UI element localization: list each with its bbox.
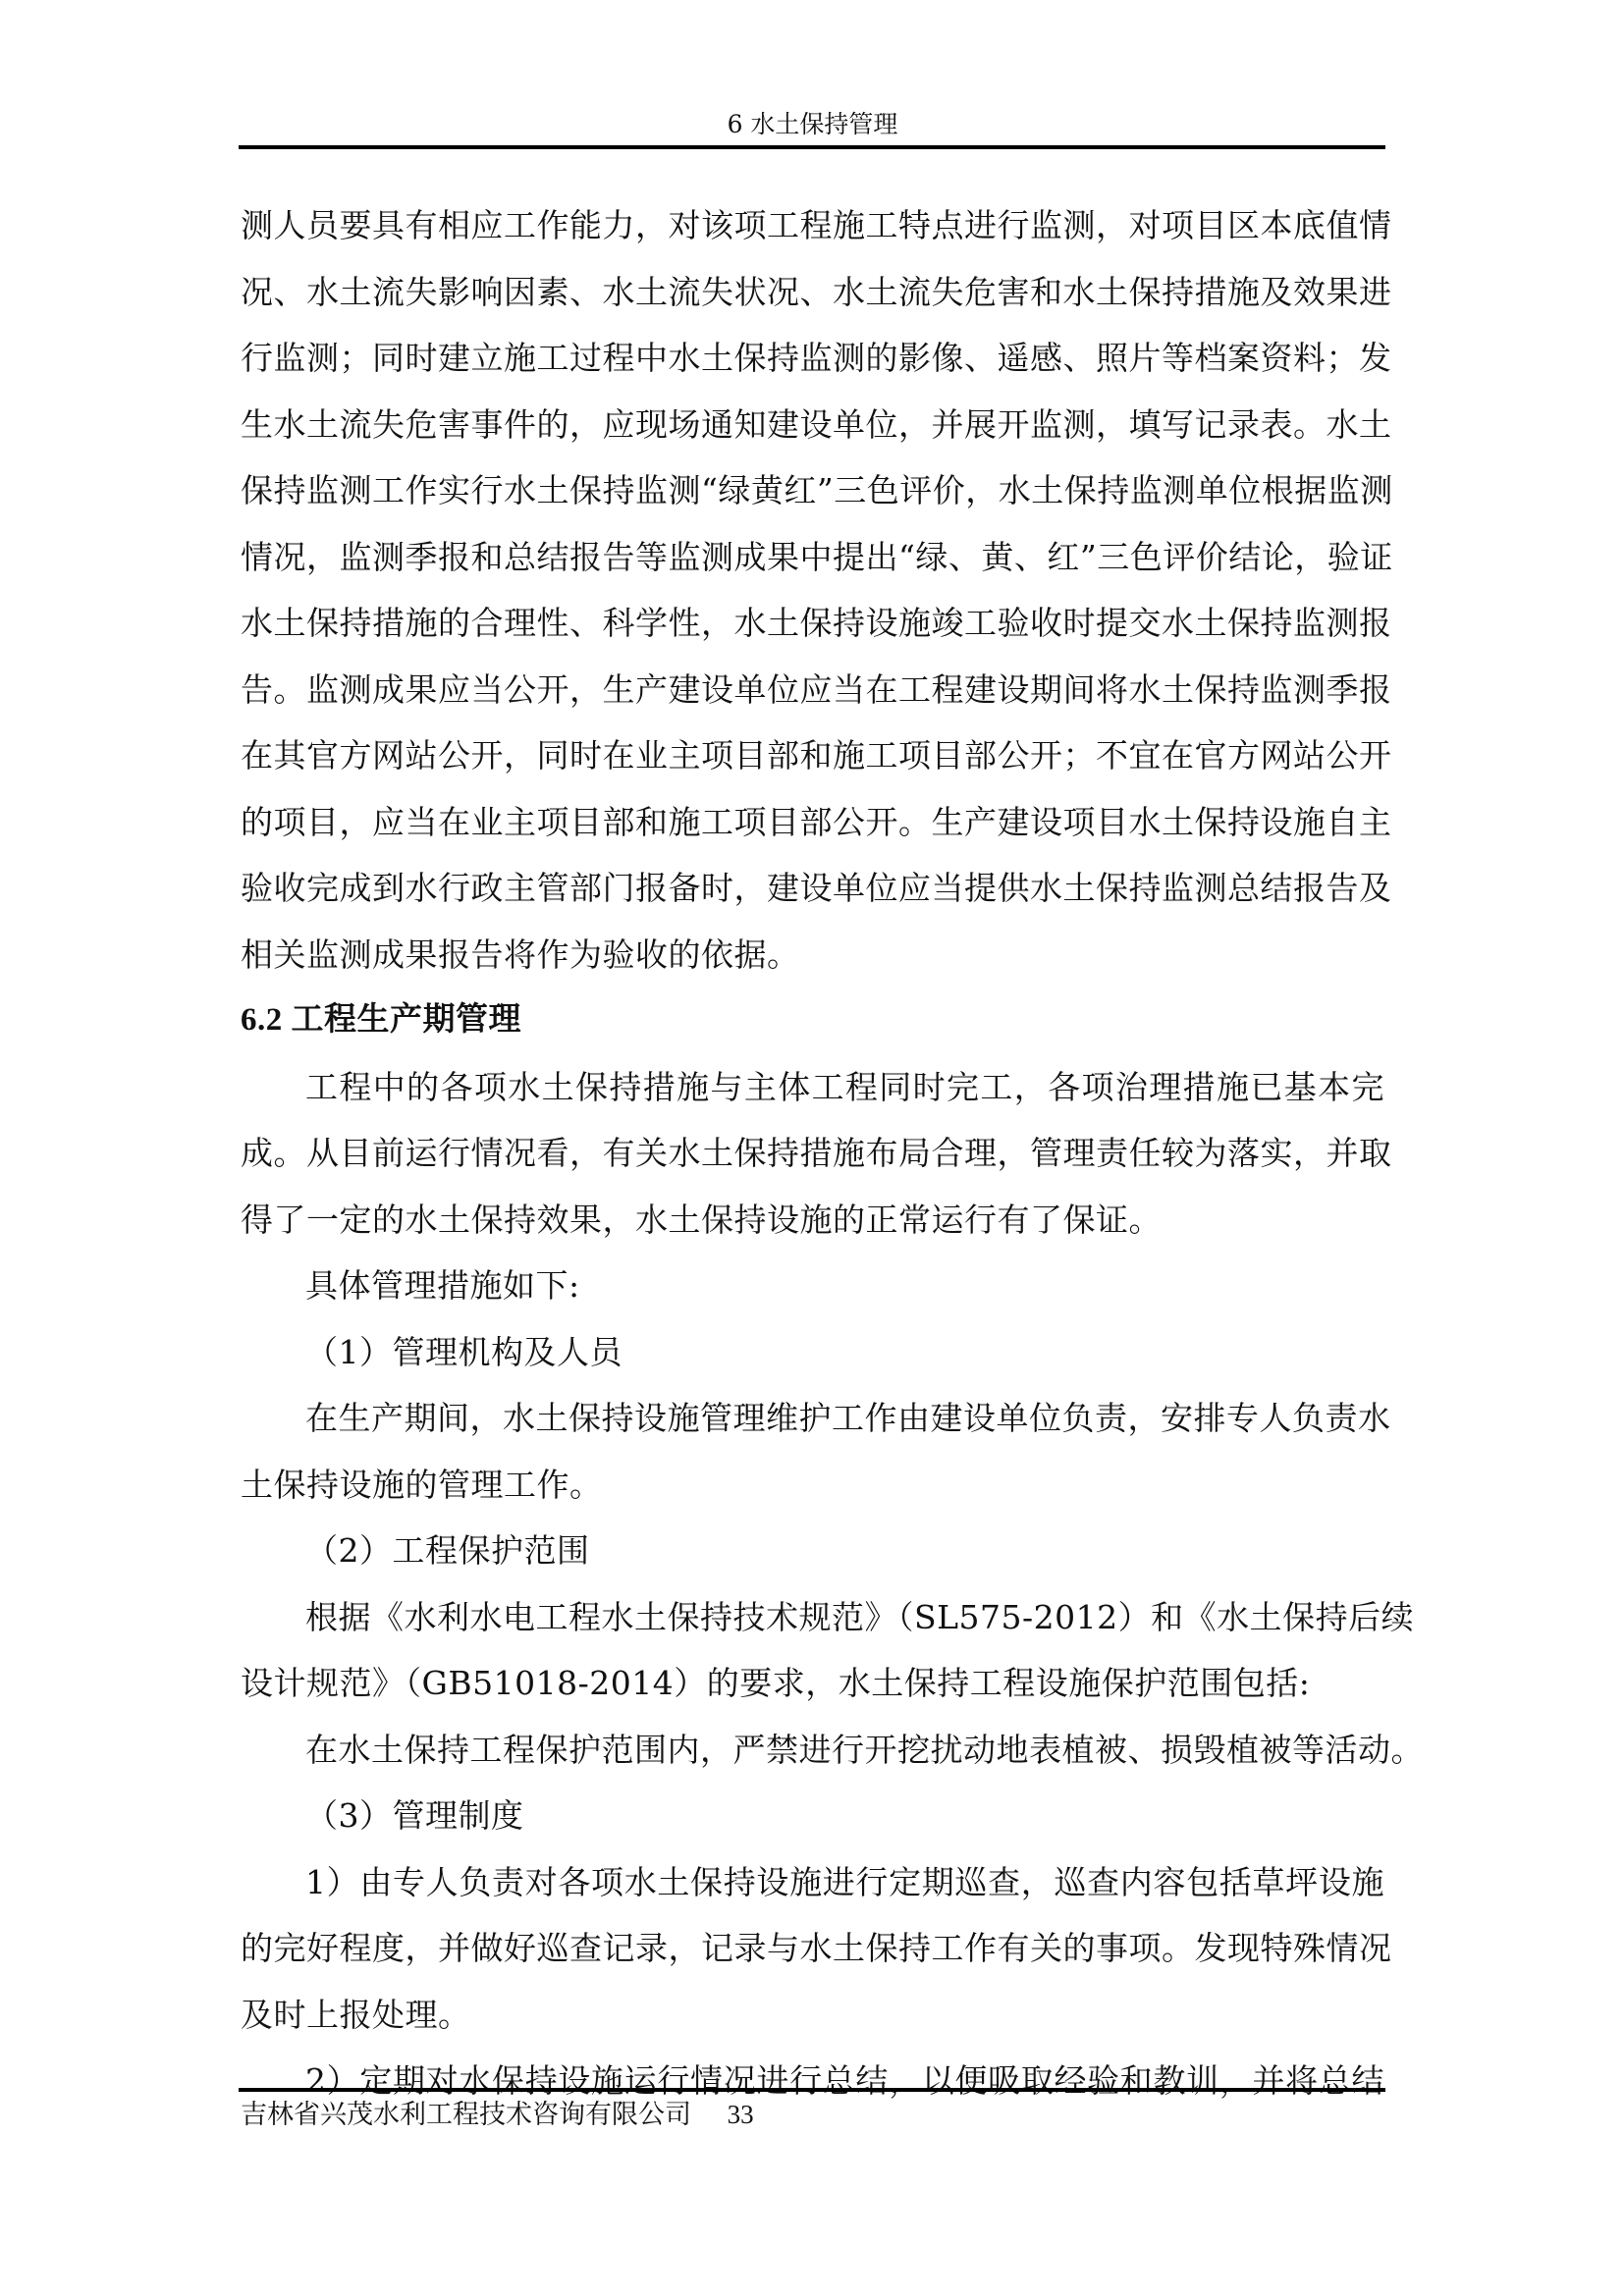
paragraph-line: 情况，监测季报和总结报告等监测成果中提出“绿、黄、红”三色评价结论，验证 xyxy=(241,524,1384,591)
paragraph-line: 在水土保持工程保护范围内，严禁进行开挖扰动地表植被、损毁植被等活动。 xyxy=(241,1717,1384,1784)
paragraph-line: 具体管理措施如下: xyxy=(241,1253,1384,1319)
paragraph-line: 告。监测成果应当公开，生产建设单位应当在工程建设期间将水土保持监测季报 xyxy=(241,657,1384,723)
page-header-title: 6 水土保持管理 xyxy=(241,110,1384,139)
paragraph-line: 相关监测成果报告将作为验收的依据。 xyxy=(241,922,1384,988)
paragraph-line: 设计规范》（GB51018-2014）的要求，水土保持工程设施保护范围包括: xyxy=(241,1650,1384,1717)
footer-company-name: 吉林省兴茂水利工程技术咨询有限公司 xyxy=(241,2096,691,2135)
paragraph-line: 在其官方网站公开，同时在业主项目部和施工项目部公开；不宜在官方网站公开 xyxy=(241,722,1384,789)
paragraph-line: 保持监测工作实行水土保持监测“绿黄红”三色评价，水土保持监测单位根据监测 xyxy=(241,457,1384,524)
document-body: 测人员要具有相应工作能力，对该项工程施工特点进行监测，对项目区本底值情 况、水土… xyxy=(241,192,1384,2114)
paragraph-line: 工程中的各项水土保持措施与主体工程同时完工，各项治理措施已基本完 xyxy=(241,1054,1384,1121)
section-heading: 6.2 工程生产期管理 xyxy=(241,988,1384,1054)
header-rule xyxy=(239,145,1385,149)
paragraph-line: 的项目，应当在业主项目部和施工项目部公开。生产建设项目水土保持设施自主 xyxy=(241,789,1384,856)
paragraph-line: 况、水土流失影响因素、水土流失状况、水土流失危害和水土保持措施及效果进 xyxy=(241,259,1384,326)
footer-rule xyxy=(239,2088,1385,2092)
paragraph-line: 在生产期间，水土保持设施管理维护工作由建设单位负责，安排专人负责水 xyxy=(241,1385,1384,1452)
subsection-heading: （1）管理机构及人员 xyxy=(241,1319,1384,1386)
paragraph-line: 1）由专人负责对各项水土保持设施进行定期巡查，巡查内容包括草坪设施 xyxy=(241,1849,1384,1916)
subsection-heading: （2）工程保护范围 xyxy=(241,1518,1384,1584)
paragraph-line: 水土保持措施的合理性、科学性，水土保持设施竣工验收时提交水土保持监测报 xyxy=(241,590,1384,657)
paragraph-line: 验收完成到水行政主管部门报备时，建设单位应当提供水土保持监测总结报告及 xyxy=(241,855,1384,922)
paragraph-line: 测人员要具有相应工作能力，对该项工程施工特点进行监测，对项目区本底值情 xyxy=(241,192,1384,259)
page-number: 33 xyxy=(728,2095,754,2134)
paragraph-line: 成。从目前运行情况看，有关水土保持措施布局合理，管理责任较为落实，并取 xyxy=(241,1120,1384,1187)
paragraph-line: 的完好程度，并做好巡查记录，记录与水土保持工作有关的事项。发现特殊情况 xyxy=(241,1915,1384,1982)
paragraph-line: 及时上报处理。 xyxy=(241,1982,1384,2049)
paragraph-line: 行监测；同时建立施工过程中水土保持监测的影像、遥感、照片等档案资料；发 xyxy=(241,325,1384,392)
page-footer: 吉林省兴茂水利工程技术咨询有限公司 33 xyxy=(241,2095,754,2135)
paragraph-line: 土保持设施的管理工作。 xyxy=(241,1452,1384,1519)
subsection-heading: （3）管理制度 xyxy=(241,1783,1384,1849)
paragraph-line: 根据《水利水电工程水土保持技术规范》（SL575-2012）和《水土保持后续 xyxy=(241,1584,1384,1651)
paragraph-line: 生水土流失危害事件的，应现场通知建设单位，并展开监测，填写记录表。水土 xyxy=(241,392,1384,458)
paragraph-line: 得了一定的水土保持效果，水土保持设施的正常运行有了保证。 xyxy=(241,1187,1384,1254)
